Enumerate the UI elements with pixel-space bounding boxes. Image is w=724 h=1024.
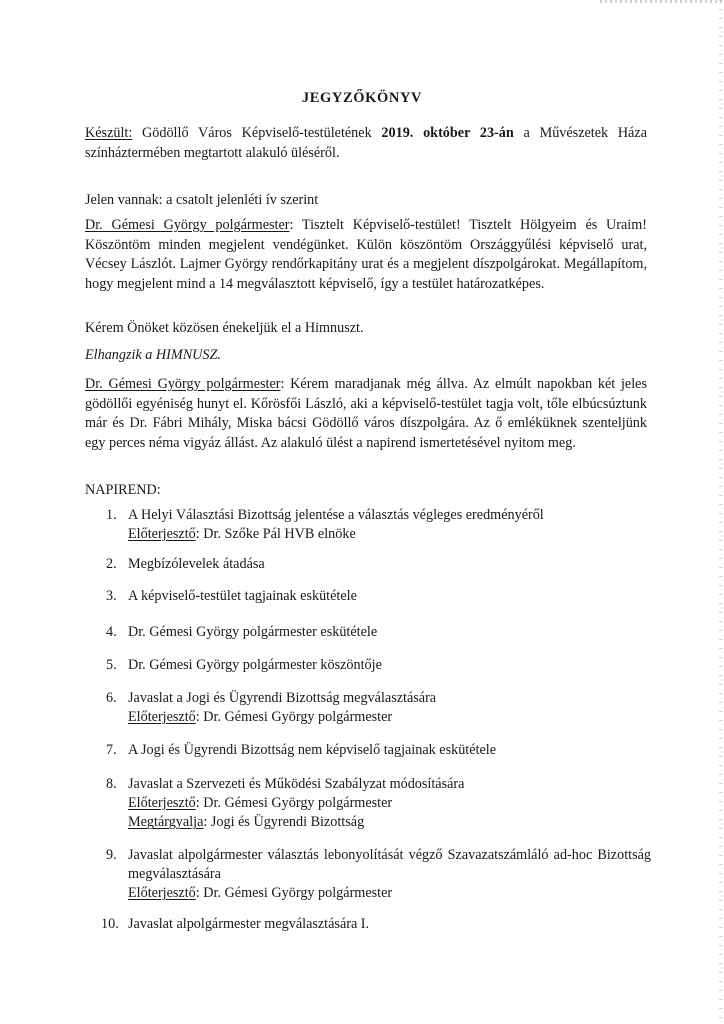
presenter-label: Előterjesztő: [128, 795, 196, 811]
intro-label: Készült:: [85, 125, 132, 141]
intro-paragraph: Készült: Gödöllő Város Képviselő-testüle…: [85, 124, 647, 163]
scan-artifact-top: [600, 0, 724, 3]
agenda-item-title: Javaslat a Jogi és Ügyrendi Bizottság me…: [128, 689, 651, 708]
anthem-note: Elhangzik a HIMNUSZ.: [85, 346, 647, 366]
agenda-item-number: 1.: [106, 506, 126, 525]
speech-1-speaker: Dr. Gémesi György polgármester: [85, 217, 289, 233]
agenda-item-number: 10.: [101, 915, 121, 934]
agenda-item-title: Dr. Gémesi György polgármester köszöntőj…: [128, 657, 382, 673]
agenda-item-number: 9.: [106, 846, 126, 865]
discussed-by-label: Megtárgyalja: [128, 814, 203, 830]
agenda-item: 6. Javaslat a Jogi és Ügyrendi Bizottság…: [106, 689, 651, 727]
agenda-item-title: A Helyi Választási Bizottság jelentése a…: [128, 506, 651, 525]
agenda-item: 5. Dr. Gémesi György polgármester köszön…: [106, 656, 651, 675]
agenda-item-title: Javaslat alpolgármester megválasztására …: [128, 916, 369, 932]
agenda-item-number: 8.: [106, 775, 126, 794]
speech-1: Dr. Gémesi György polgármester: Tisztelt…: [85, 216, 647, 294]
agenda-item-number: 3.: [106, 587, 126, 606]
agenda-heading: NAPIREND:: [85, 481, 647, 501]
presenter-name: : Dr. Szőke Pál HVB elnöke: [196, 526, 356, 542]
agenda-item-title: A Jogi és Ügyrendi Bizottság nem képvise…: [128, 742, 496, 758]
agenda-item: 10. Javaslat alpolgármester megválasztás…: [101, 915, 646, 934]
agenda-item: 1. A Helyi Választási Bizottság jelentés…: [106, 506, 651, 544]
presenter-name: : Dr. Gémesi György polgármester: [196, 795, 392, 811]
discussed-by-name: : Jogi és Ügyrendi Bizottság: [203, 814, 364, 830]
agenda-item-title: Megbízólevelek átadása: [128, 556, 265, 572]
agenda-item-number: 4.: [106, 623, 126, 642]
speech-2: Dr. Gémesi György polgármester: Kérem ma…: [85, 375, 647, 453]
document-title: JEGYZŐKÖNYV: [0, 90, 724, 107]
speech-2-speaker: Dr. Gémesi György polgármester: [85, 376, 280, 392]
presenter-label: Előterjesztő: [128, 526, 196, 542]
presenter-label: Előterjesztő: [128, 885, 196, 901]
intro-text-before: Gödöllő Város Képviselő-testületének: [132, 125, 381, 141]
agenda-item-title: A képviselő-testület tagjainak eskütétel…: [128, 588, 357, 604]
anthem-request: Kérem Önöket közösen énekeljük el a Himn…: [85, 319, 647, 339]
agenda-item-title: Javaslat alpolgármester választás lebony…: [128, 847, 651, 882]
agenda-item: 9. Javaslat alpolgármester választás leb…: [106, 846, 651, 904]
agenda-item: 8. Javaslat a Szervezeti és Működési Sza…: [106, 775, 651, 833]
agenda-item: 3. A képviselő-testület tagjainak esküté…: [106, 587, 651, 606]
meeting-date: 2019. október 23-án: [381, 125, 513, 141]
agenda-item: 2. Megbízólevelek átadása: [106, 555, 651, 574]
agenda-item-number: 6.: [106, 689, 126, 708]
presenter-name: : Dr. Gémesi György polgármester: [196, 885, 392, 901]
agenda-item-number: 7.: [106, 741, 126, 760]
present-line: Jelen vannak: a csatolt jelenléti ív sze…: [85, 191, 647, 211]
presenter-label: Előterjesztő: [128, 709, 196, 725]
agenda-item: 4. Dr. Gémesi György polgármester esküté…: [106, 623, 651, 642]
presenter-name: : Dr. Gémesi György polgármester: [196, 709, 392, 725]
agenda-item: 7. A Jogi és Ügyrendi Bizottság nem képv…: [106, 741, 651, 760]
document-page: JEGYZŐKÖNYV Készült: Gödöllő Város Képvi…: [0, 0, 724, 1024]
agenda-item-number: 5.: [106, 656, 126, 675]
agenda-item-number: 2.: [106, 555, 126, 574]
scan-artifact-right: [719, 0, 722, 1024]
agenda-item-title: Dr. Gémesi György polgármester eskütétel…: [128, 624, 377, 640]
agenda-item-title: Javaslat a Szervezeti és Működési Szabál…: [128, 775, 651, 794]
